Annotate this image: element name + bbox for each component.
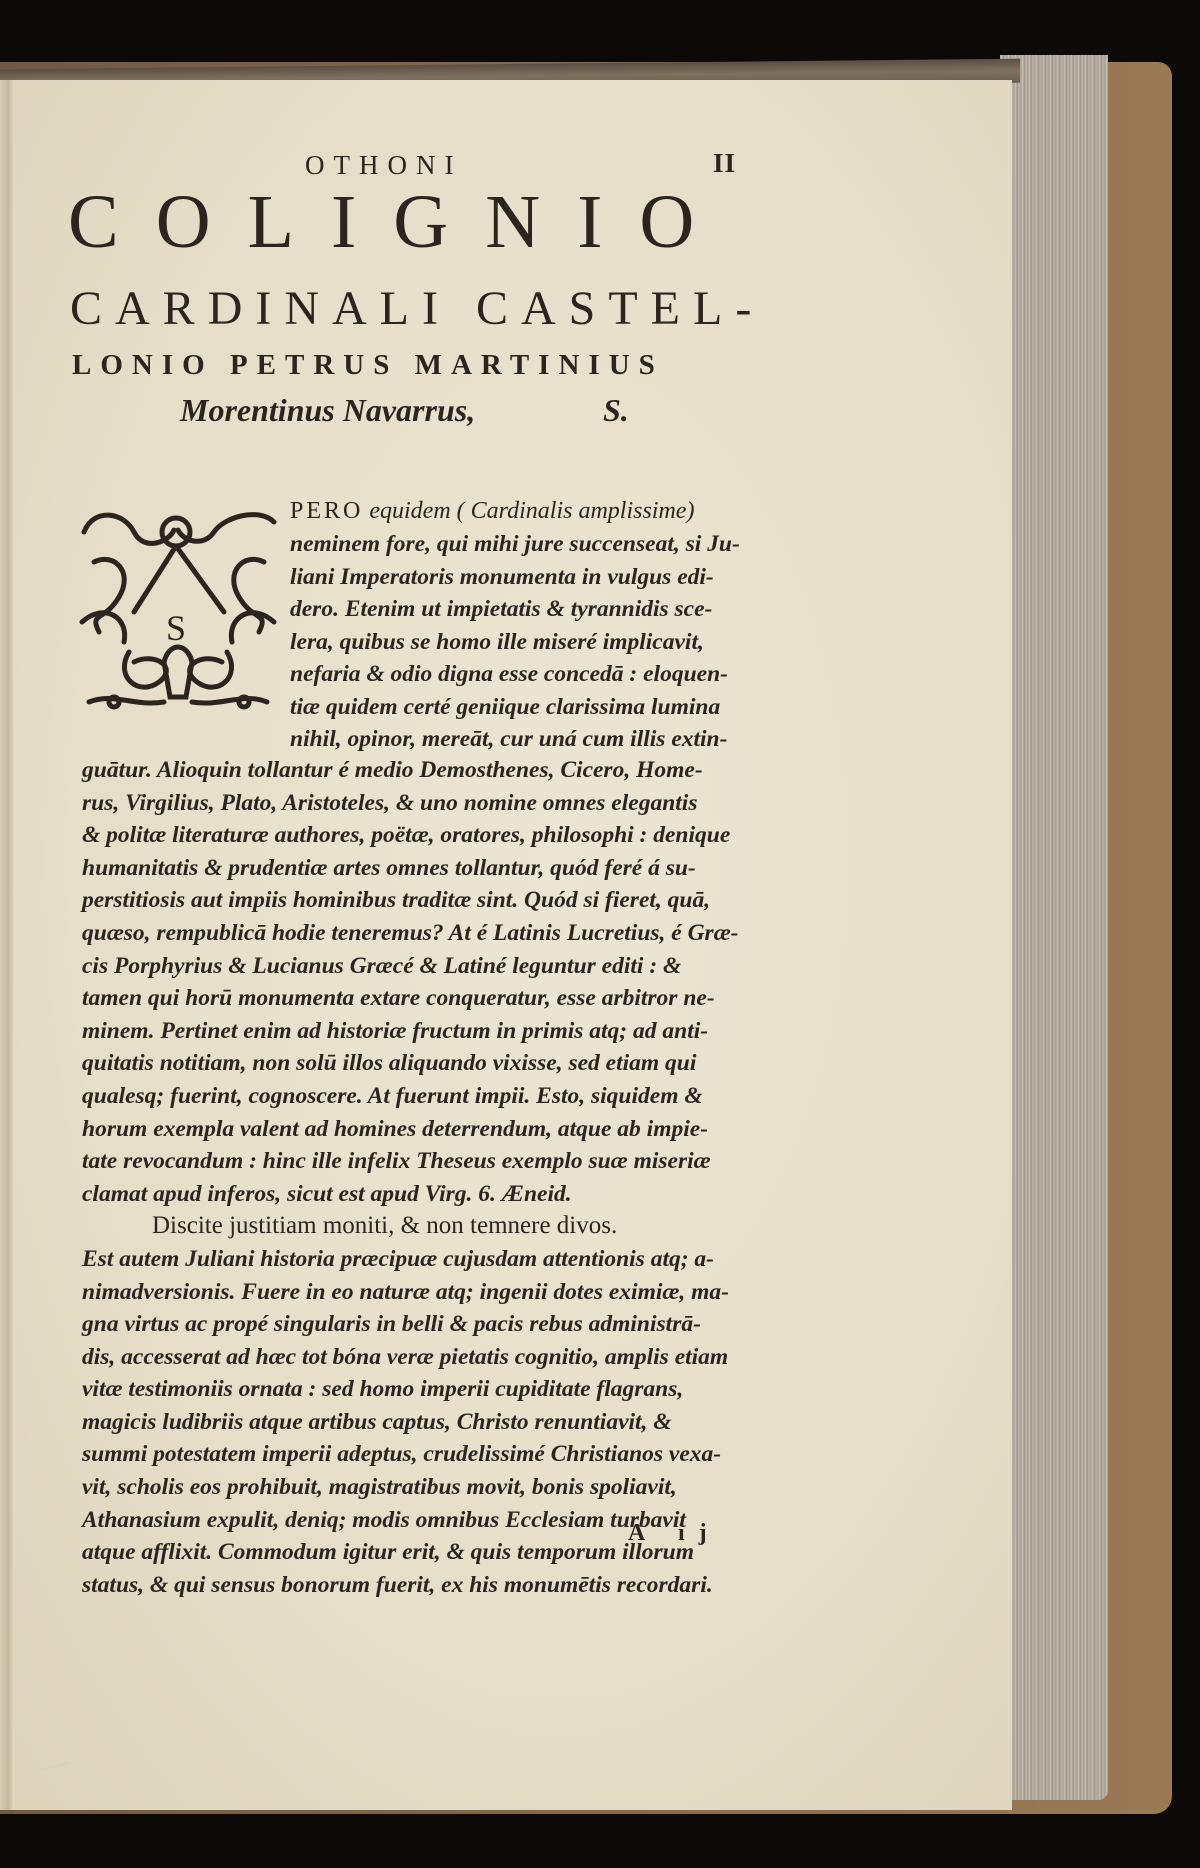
title-line-4: Morentinus Navarrus,	[180, 394, 475, 426]
indented-paragraph: neminem fore, qui mihi jure succenseat, …	[290, 528, 772, 756]
text-line: nimadversionis. Fuere in eo naturæ atq; …	[82, 1276, 782, 1309]
body-text: guātur. Alioquin tollantur é medio Demos…	[82, 754, 782, 1601]
text-line: quitatis notitiam, non solū illos aliqua…	[82, 1047, 782, 1080]
signature-mark: A ij	[628, 1520, 721, 1547]
text-line: & politæ literaturæ authores, poëtæ, ora…	[82, 819, 782, 852]
text-line: gna virtus ac propé singularis in belli …	[82, 1308, 782, 1341]
text-line: clamat apud inferos, sicut est apud Virg…	[82, 1178, 782, 1211]
text-line: rus, Virgilius, Plato, Aristoteles, & un…	[82, 787, 782, 820]
folio-number: II	[713, 148, 736, 179]
text-line: vitæ testimoniis ornata : sed homo imper…	[82, 1373, 782, 1406]
text-line: quæso, rempublicā hodie teneremus? At é …	[82, 917, 782, 950]
text-line: nefaria & odio digna esse concedā : eloq…	[290, 658, 772, 691]
opening-caps: PERO	[290, 498, 363, 524]
text-line: tamen qui horū monumenta extare conquera…	[82, 982, 782, 1015]
text-line: cis Porphyrius & Lucianus Græcé & Latiné…	[82, 950, 782, 983]
page-block-edges	[1000, 55, 1108, 1800]
text-line: dis, accesserat ad hæc tot bóna veræ pie…	[82, 1341, 782, 1374]
opening-rest: equidem ( Cardinalis amplissime)	[363, 498, 694, 524]
text-line: vit, scholis eos prohibuit, magistratibu…	[82, 1471, 782, 1504]
title-line-2: CARDINALI CASTEL-	[70, 285, 764, 333]
text-line: guātur. Alioquin tollantur é medio Demos…	[82, 754, 782, 787]
page-gutter	[0, 80, 14, 1810]
text-line: dero. Etenim ut impietatis & tyrannidis …	[290, 593, 772, 626]
text-line: humanitatis & prudentiæ artes omnes toll…	[82, 852, 782, 885]
text-line: neminem fore, qui mihi jure succenseat, …	[290, 528, 772, 561]
opening-line: PERO equidem ( Cardinalis amplissime)	[290, 497, 694, 526]
text-line: tiæ quidem certé geniique clarissima lum…	[290, 691, 772, 724]
title-line-1: COLIGNIO	[68, 184, 731, 260]
title-line-3: LONIO PETRUS MARTINIUS	[72, 351, 664, 380]
text-line: horum exempla valent ad homines deterren…	[82, 1113, 782, 1146]
verse-quotation: Discite justitiam moniti, & non temnere …	[82, 1210, 782, 1243]
text-line: tate revocandum : hinc ille infelix Thes…	[82, 1145, 782, 1178]
text-line: lera, quibus se homo ille miseré implica…	[290, 626, 772, 659]
running-head: OTHONI	[305, 150, 462, 181]
ornamental-initial: S	[74, 502, 282, 715]
text-line: Est autem Juliani historia præcipuæ cuju…	[82, 1243, 782, 1276]
text-line: perstitiosis aut impiis hominibus tradit…	[82, 884, 782, 917]
text-line: liani Imperatoris monumenta in vulgus ed…	[290, 561, 772, 594]
initial-letter: S	[166, 607, 186, 649]
text-line: magicis ludibriis atque artibus captus, …	[82, 1406, 782, 1439]
title-salutation: S.	[603, 394, 629, 426]
text-line: minem. Pertinet enim ad historiæ fructum…	[82, 1015, 782, 1048]
text-line: summi potestatem imperii adeptus, crudel…	[82, 1438, 782, 1471]
text-line: status, & qui sensus bonorum fuerit, ex …	[82, 1569, 782, 1602]
text-line: nihil, opinor, mereāt, cur uná cum illis…	[290, 723, 772, 756]
text-line: qualesq; fuerint, cognoscere. At fuerunt…	[82, 1080, 782, 1113]
